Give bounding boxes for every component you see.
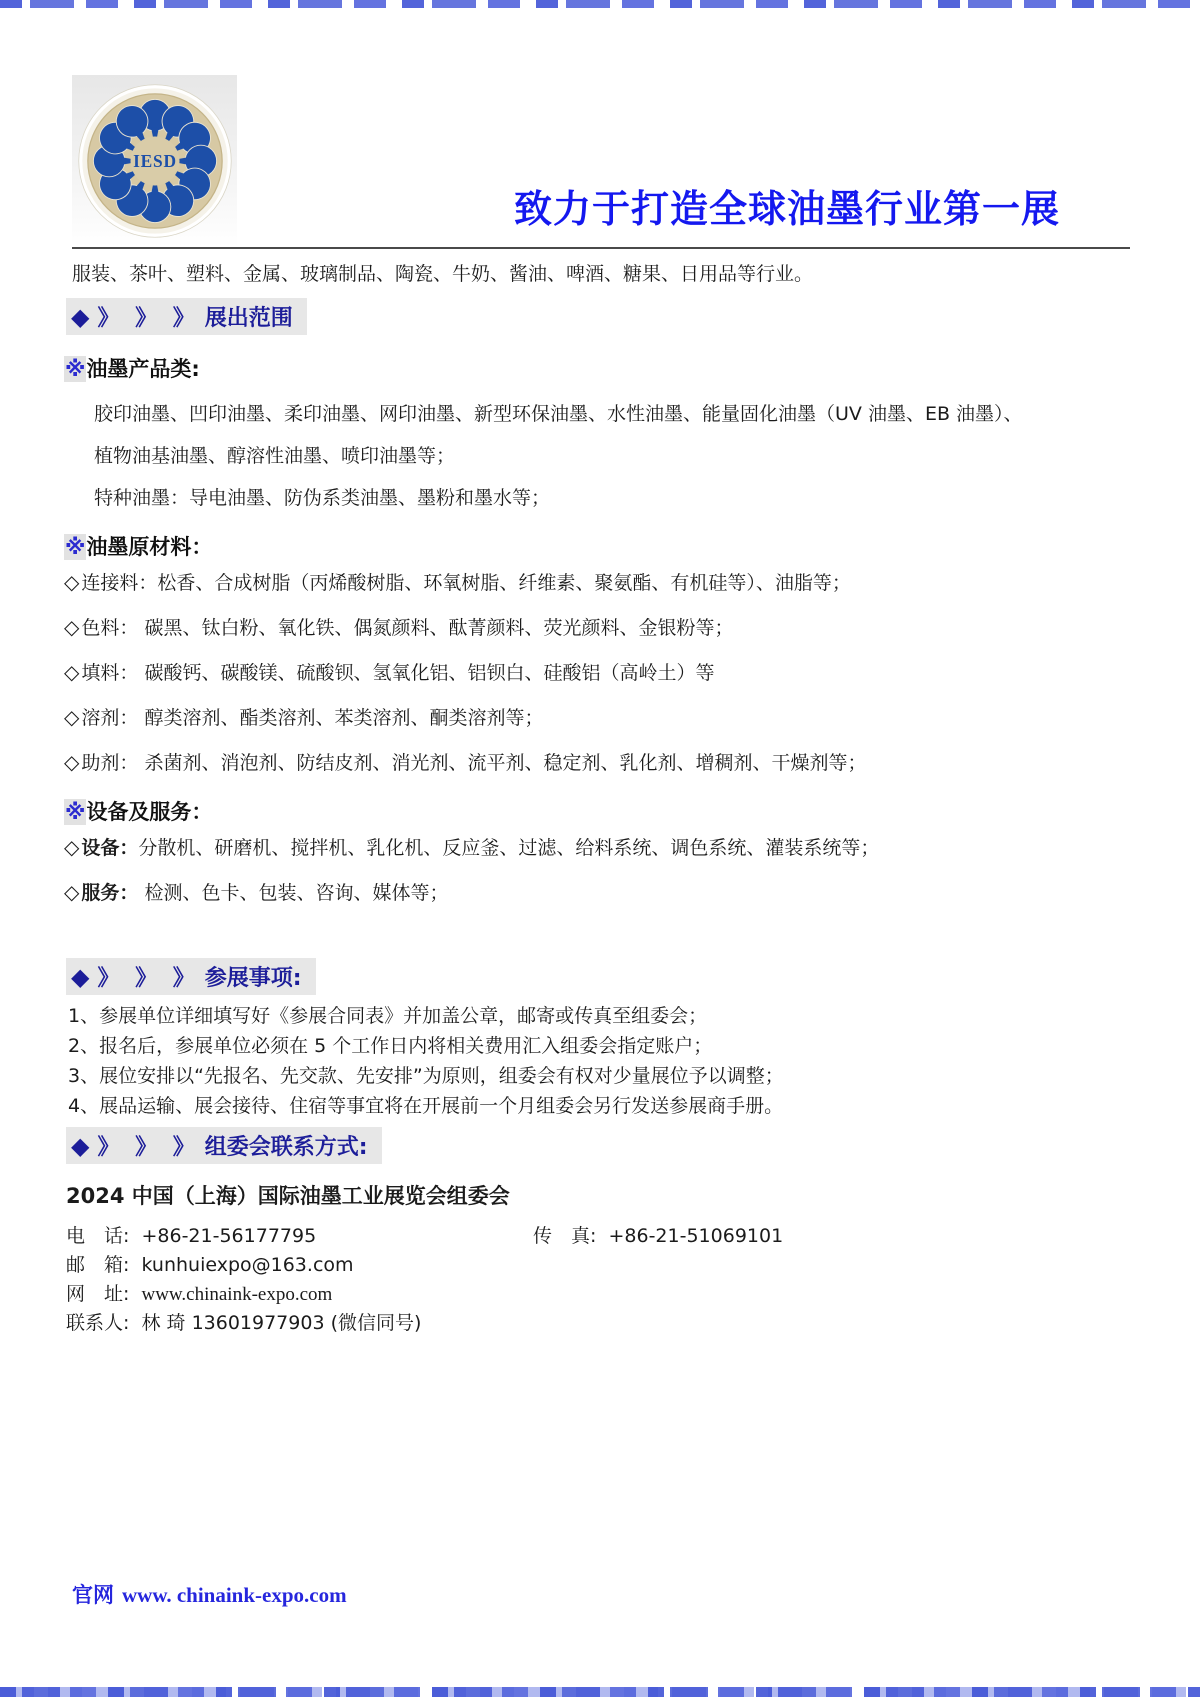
diamond-outline-icon: ◇ (64, 660, 79, 684)
contact-row-web: 网 址: www.chinaink-expo.com (66, 1280, 1130, 1309)
material-row: ◇溶剂： 醇类溶剂、酯类溶剂、苯类溶剂、酮类溶剂等； (64, 706, 1130, 730)
reference-mark-icon: ※ (64, 356, 86, 382)
material-row: ◇填料： 碳酸钙、碳酸镁、硫酸钡、氢氧化铝、铝钡白、硅酸铝（高岭土）等 (64, 661, 1130, 685)
diamond-outline-icon: ◇ (64, 570, 79, 594)
participation-item: 1、参展单位详细填写好《参展合同表》并加盖公章，邮寄或传真至组委会； (68, 1001, 1130, 1031)
main-content: 服装、茶叶、塑料、金属、玻璃制品、陶瓷、牛奶、酱油、啤酒、糖果、日用品等行业。 … (0, 249, 1200, 1338)
contact-row-person: 联系人: 林 琦 13601977903 (微信同号) (66, 1309, 1130, 1338)
spacer (64, 926, 1130, 952)
logo-text: IESD (133, 152, 177, 171)
diamond-outline-icon: ◇ (64, 705, 79, 729)
footer-website: 官网www. chinaink-expo.com (72, 1579, 347, 1609)
section-title-contact: 组委会联系方式: (205, 1135, 368, 1160)
group-label-equipment: 设备及服务： (86, 800, 212, 824)
section-title-participation: 参展事项: (205, 966, 302, 991)
person-value: 林 琦 13601977903 (微信同号) (141, 1309, 421, 1338)
reference-mark-icon: ※ (64, 799, 86, 825)
reference-mark-icon: ※ (64, 534, 86, 560)
diamond-icon: ◆ (71, 303, 89, 331)
diamond-outline-icon: ◇ (64, 880, 79, 904)
diamond-outline-icon: ◇ (64, 835, 79, 859)
equipment-row: ◇设备：分散机、研磨机、搅拌机、乳化机、反应釜、过滤、给料系统、调色系统、灌装系… (64, 836, 1130, 860)
product-line: 特种油墨：导电油墨、防伪系类油墨、墨粉和墨水等； (64, 477, 1130, 519)
email-label: 邮 箱: (66, 1251, 141, 1280)
fax-cell: 传 真: +86-21-51069101 (533, 1222, 783, 1251)
participation-item: 4、展品运输、展会接待、住宿等事宜将在开展前一个月组委会另行发送参展商手册。 (68, 1091, 1130, 1121)
arrows-icon: 》 》 》 (97, 306, 198, 331)
contact-row-email: 邮 箱: kunhuiexpo@163.com (66, 1251, 1130, 1280)
material-row: ◇色料： 碳黑、钛白粉、氧化铁、偶氮颜料、酞菁颜料、荧光颜料、金银粉等； (64, 616, 1130, 640)
flyer-page: IESD 致力于打造全球油墨行业第一展 服装、茶叶、塑料、金属、玻璃制品、陶瓷、… (0, 0, 1200, 1697)
footer-url-link[interactable]: www. chinaink-expo.com (122, 1583, 347, 1607)
iesd-logo: IESD (72, 75, 237, 247)
iesd-logo-badge: IESD (76, 82, 234, 240)
footer-prefix: 官网 (72, 1583, 114, 1607)
group-heading-products: ※油墨产品类: (64, 353, 1130, 383)
diamond-icon: ◆ (71, 963, 89, 991)
group-heading-materials: ※油墨原材料： (64, 531, 1130, 561)
diamond-icon: ◆ (71, 1132, 89, 1160)
organizer-name: 2024 中国（上海）国际油墨工业展览会组委会 (66, 1180, 1130, 1210)
contact-row-phone-fax: 电 话: +86-21-56177795 传 真: +86-21-5106910… (66, 1222, 1130, 1251)
section-header-participation: ◆》 》 》参展事项: (66, 958, 316, 995)
fax-value: +86-21-51069101 (608, 1225, 783, 1247)
product-line: 胶印油墨、凹印油墨、柔印油墨、网印油墨、新型环保油墨、水性油墨、能量固化油墨（U… (64, 393, 1130, 435)
section-header-scope: ◆》 》 》展出范围 (66, 298, 307, 335)
person-label: 联系人: (66, 1309, 141, 1338)
group-label-products: 油墨产品类: (86, 357, 199, 381)
group-heading-equipment: ※设备及服务： (64, 796, 1130, 826)
diamond-outline-icon: ◇ (64, 615, 79, 639)
phone-value: +86-21-56177795 (141, 1225, 316, 1247)
web-label: 网 址: (66, 1280, 141, 1309)
bottom-dashed-border (0, 1687, 1200, 1697)
fax-label: 传 真: (533, 1225, 608, 1247)
material-row: ◇连接料：松香、合成树脂（丙烯酸树脂、环氧树脂、纤维素、聚氨酯、有机硅等）、油脂… (64, 571, 1130, 595)
page-headline: 致力于打造全球油墨行业第一展 (514, 178, 1060, 233)
group-label-materials: 油墨原材料： (86, 535, 212, 559)
section-header-contact: ◆》 》 》组委会联系方式: (66, 1127, 382, 1164)
section-title-scope: 展出范围 (205, 306, 293, 331)
phone-label: 电 话: (66, 1225, 141, 1247)
arrows-icon: 》 》 》 (97, 966, 198, 991)
web-value: www.chinaink-expo.com (141, 1280, 332, 1309)
arrows-icon: 》 》 》 (97, 1135, 198, 1160)
intro-line: 服装、茶叶、塑料、金属、玻璃制品、陶瓷、牛奶、酱油、啤酒、糖果、日用品等行业。 (72, 259, 1130, 286)
participation-item: 3、展位安排以“先报名、先交款、先安排”为原则，组委会有权对少量展位予以调整； (68, 1061, 1130, 1091)
email-value: kunhuiexpo@163.com (141, 1251, 353, 1280)
phone-cell: 电 话: +86-21-56177795 (66, 1222, 533, 1251)
product-line: 植物油基油墨、醇溶性油墨、喷印油墨等； (64, 435, 1130, 477)
page-header: IESD 致力于打造全球油墨行业第一展 (0, 0, 1200, 247)
diamond-outline-icon: ◇ (64, 750, 79, 774)
participation-item: 2、报名后，参展单位必须在 5 个工作日内将相关费用汇入组委会指定账户； (68, 1031, 1130, 1061)
material-row: ◇助剂： 杀菌剂、消泡剂、防结皮剂、消光剂、流平剂、稳定剂、乳化剂、增稠剂、干燥… (64, 751, 1130, 775)
service-row: ◇服务： 检测、色卡、包装、咨询、媒体等； (64, 881, 1130, 905)
